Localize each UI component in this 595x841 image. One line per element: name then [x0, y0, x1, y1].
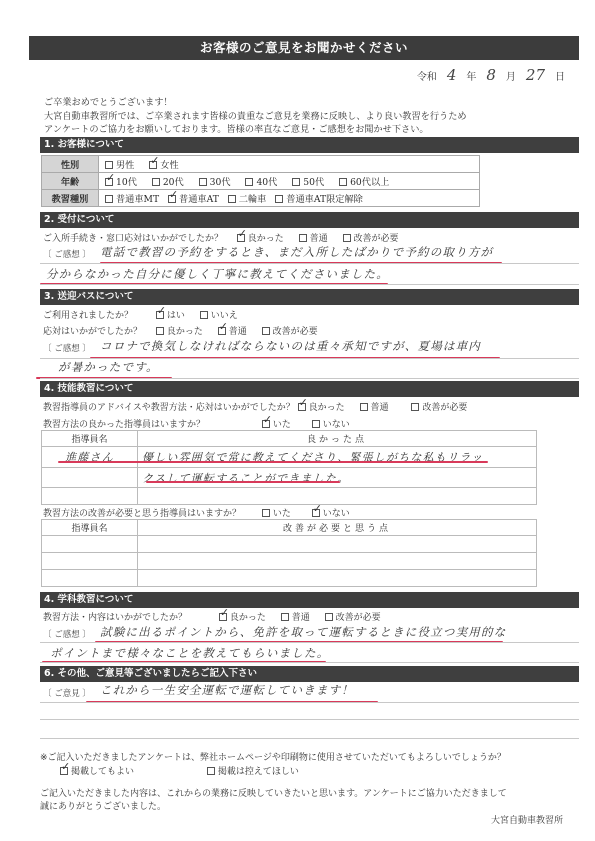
- checkbox-male[interactable]: 男性: [105, 157, 134, 171]
- good-point-cell[interactable]: 優しい雰囲気で常に教えてくださり、緊張しがちな私もリラッ: [138, 447, 537, 468]
- instructor-name-cell[interactable]: [42, 553, 138, 570]
- table-row-gender: 性別 男性 女性: [42, 156, 480, 173]
- line-divider: [40, 662, 579, 663]
- checkbox-icon[interactable]: [343, 234, 351, 242]
- column-header: 指導員名: [42, 431, 138, 447]
- date-day[interactable]: 27: [526, 66, 545, 84]
- checkbox-10s[interactable]: 10代: [105, 174, 137, 188]
- good-point-cell[interactable]: [138, 488, 537, 505]
- checkbox-normal[interactable]: 普通: [281, 610, 310, 623]
- table-row: [42, 553, 537, 570]
- bus-service-question-row: 応対はいかがでしたか？ 良かった 普通 改善が必要: [43, 324, 330, 337]
- good-instructor-table: 指導員名 良かった点 進藤さん 優しい雰囲気で常に教えてくださり、緊張しがちな私…: [41, 430, 537, 505]
- comment-label: 〔 ご意見 〕: [43, 687, 91, 699]
- table-header-row: 指導員名 改善が必要と思う点: [42, 520, 537, 536]
- checkbox-icon[interactable]: [207, 767, 215, 775]
- row-label: 性別: [42, 156, 99, 173]
- checkbox-50s[interactable]: 50代: [292, 174, 324, 188]
- checkbox-needs-improvement[interactable]: 改善が必要: [343, 231, 399, 244]
- checkbox-icon[interactable]: [262, 327, 270, 335]
- highlight-underline: [146, 481, 340, 483]
- line-divider: [40, 702, 579, 703]
- checkbox-at[interactable]: 普通車AT: [168, 191, 219, 205]
- row-label: 年齢: [42, 173, 99, 190]
- section-header-classroom-lessons: 4. 学科教習について: [40, 592, 579, 608]
- date-month-unit: 月: [506, 68, 516, 83]
- form-title: お客様のご意見をお聞かせください: [29, 36, 579, 60]
- comment-label: 〔 ご感想 〕: [43, 248, 91, 260]
- highlight-underline: [58, 461, 488, 463]
- line-divider: [40, 284, 579, 285]
- comment-label: 〔 ご感想 〕: [43, 628, 91, 640]
- checkbox-30s[interactable]: 30代: [199, 174, 231, 188]
- checkbox-icon[interactable]: [199, 178, 207, 186]
- handwritten-comment[interactable]: コロナで換気しなければならないのは重々承知ですが、夏場は車内: [100, 338, 481, 354]
- question-text: 教習方法の良かった指導員はいますか？: [43, 417, 259, 430]
- table-row: 進藤さん 優しい雰囲気で常に教えてくださり、緊張しがちな私もリラッ: [42, 447, 537, 468]
- line-divider: [40, 378, 579, 379]
- table-row: [42, 536, 537, 553]
- checkbox-checked-icon[interactable]: [298, 403, 306, 411]
- checkbox-checked-icon[interactable]: [149, 161, 157, 169]
- reception-question-row: ご入所手続き・窓口応対はいかがでしたか？ 良かった 普通 改善が必要: [43, 231, 411, 244]
- column-header: 指導員名: [42, 520, 138, 536]
- question-text: 教習方法の改善が必要と思う指導員はいますか？: [43, 506, 259, 519]
- date-month[interactable]: 8: [486, 66, 496, 84]
- checkbox-good[interactable]: 良かった: [219, 610, 266, 623]
- line-divider: [40, 642, 579, 643]
- checkbox-icon[interactable]: [228, 195, 236, 203]
- table-row: [42, 570, 537, 587]
- customer-info-table: 性別 男性 女性 年齢 10代 20代 30代 40代 50代 60代以上 教習…: [41, 155, 480, 207]
- comment-label: 〔 ご感想 〕: [43, 342, 91, 354]
- checkbox-icon[interactable]: [245, 178, 253, 186]
- instructor-name-cell[interactable]: [42, 570, 138, 587]
- checkbox-icon[interactable]: [275, 195, 283, 203]
- instructor-name-cell[interactable]: 進藤さん: [42, 447, 138, 468]
- checkbox-checked-icon[interactable]: [218, 327, 226, 335]
- question-text: 教習方法・内容はいかがでしたか？: [43, 610, 216, 623]
- date-year-unit: 年: [466, 68, 476, 83]
- checkbox-yes[interactable]: いた: [262, 417, 291, 430]
- checkbox-checked-icon[interactable]: [262, 420, 270, 428]
- checkbox-good[interactable]: 良かった: [298, 400, 345, 413]
- checkbox-needs-improvement[interactable]: 改善が必要: [325, 610, 381, 623]
- checkbox-icon[interactable]: [411, 403, 419, 411]
- instructor-name-cell[interactable]: [42, 536, 138, 553]
- checkbox-no[interactable]: いない: [312, 506, 350, 519]
- line-divider: [40, 738, 579, 739]
- checkbox-icon[interactable]: [152, 178, 160, 186]
- instructor-name-cell[interactable]: [42, 488, 138, 505]
- good-instructor-question-row: 教習方法の良かった指導員はいますか？ いた いない: [43, 417, 362, 430]
- improvement-point-cell[interactable]: [138, 570, 537, 587]
- checkbox-good[interactable]: 良かった: [156, 324, 203, 337]
- checkbox-icon[interactable]: [292, 178, 300, 186]
- consent-options: 掲載してもよい 掲載は控えてほしい: [60, 766, 311, 779]
- thanks-text: ご記入いただきました内容は、これからの業務に反映していきたいと思います。アンケー…: [40, 788, 507, 814]
- checkbox-no[interactable]: いない: [312, 417, 350, 430]
- checkbox-publish-decline[interactable]: 掲載は控えてほしい: [207, 766, 299, 779]
- question-text: 応対はいかがでしたか？: [43, 324, 153, 337]
- checkbox-checked-icon[interactable]: [156, 311, 164, 319]
- checkbox-20s[interactable]: 20代: [152, 174, 184, 188]
- date-year[interactable]: 4: [447, 66, 457, 84]
- section-header-other: 6. その他、ご意見等ございましたらご記入下さい: [40, 666, 579, 682]
- improve-instructor-question-row: 教習方法の改善が必要と思う指導員はいますか？ いた いない: [43, 506, 362, 519]
- section-header-reception: 2. 受付について: [40, 212, 579, 228]
- classroom-question-row: 教習方法・内容はいかがでしたか？ 良かった 普通 改善が必要: [43, 610, 393, 623]
- checkbox-icon[interactable]: [312, 420, 320, 428]
- checkbox-icon[interactable]: [156, 327, 164, 335]
- column-header: 良かった点: [138, 431, 537, 447]
- checkbox-needs-improvement[interactable]: 改善が必要: [411, 400, 467, 413]
- thanks-line: 誠にありがとうございました。: [40, 801, 507, 814]
- checkbox-checked-icon[interactable]: [237, 234, 245, 242]
- section-header-driving-lessons: 4. 技能教習について: [40, 381, 579, 397]
- checkbox-icon[interactable]: [200, 311, 208, 319]
- checkbox-motorcycle[interactable]: 二輪車: [228, 191, 267, 205]
- table-row-course: 教習種別 普通車MT 普通車AT 二輪車 普通車AT限定解除: [42, 190, 480, 207]
- checkbox-checked-icon[interactable]: [105, 178, 113, 186]
- improvement-point-cell[interactable]: [138, 536, 537, 553]
- row-label: 教習種別: [42, 190, 99, 207]
- checkbox-normal[interactable]: 普通: [299, 231, 328, 244]
- handwritten-comment[interactable]: が暑かったです。: [58, 359, 159, 375]
- checkbox-icon[interactable]: [299, 234, 307, 242]
- date-field: 令和 4 年 8 月 27 日: [417, 66, 565, 84]
- handwritten-comment[interactable]: ポイントまで様々なことを教えてもらいました。: [50, 645, 329, 661]
- section-header-shuttle-bus: 3. 送迎バスについて: [40, 289, 579, 305]
- checkbox-60s-plus[interactable]: 60代以上: [339, 174, 389, 188]
- checkbox-icon[interactable]: [325, 613, 333, 621]
- handwritten-comment[interactable]: 電話で教習の予約をするとき、まだ入所したばかりで予約の取り方が: [100, 244, 493, 260]
- question-text: 教習指導員のアドバイスや教習方法・応対はいかがでしたか？: [43, 403, 295, 413]
- checkbox-yes[interactable]: いた: [262, 506, 291, 519]
- date-era: 令和: [417, 68, 437, 83]
- instructor-name-cell[interactable]: [42, 468, 138, 488]
- table-row: クスして運転することができました。: [42, 468, 537, 488]
- line-divider: [40, 719, 579, 720]
- checkbox-female[interactable]: 女性: [149, 157, 178, 171]
- checkbox-checked-icon[interactable]: [312, 509, 320, 517]
- checkbox-40s[interactable]: 40代: [245, 174, 277, 188]
- checkbox-icon[interactable]: [105, 195, 113, 203]
- checkbox-icon[interactable]: [281, 613, 289, 621]
- school-signature: 大宮自動車教習所: [491, 815, 563, 828]
- section-header-customer: 1. お客様について: [40, 137, 579, 153]
- improve-instructor-table: 指導員名 改善が必要と思う点: [41, 519, 537, 587]
- checkbox-good[interactable]: 良かった: [237, 231, 284, 244]
- line-divider: [40, 263, 579, 264]
- checkbox-mt[interactable]: 普通車MT: [105, 191, 159, 205]
- checkbox-normal[interactable]: 普通: [360, 400, 389, 413]
- table-row: [42, 488, 537, 505]
- handwritten-comment[interactable]: 分からなかった自分に優しく丁寧に教えてくださいました。: [46, 266, 389, 282]
- date-day-unit: 日: [555, 68, 565, 83]
- consent-question: ※ご記入いただきましたアンケートは、弊社ホームページや印刷物に使用させていただい…: [40, 752, 506, 765]
- instructor-advice-question-row: 教習指導員のアドバイスや教習方法・応対はいかがでしたか？ 良かった 普通 改善が…: [43, 400, 479, 413]
- checkbox-needs-improvement[interactable]: 改善が必要: [262, 324, 318, 337]
- table-row-age: 年齢 10代 20代 30代 40代 50代 60代以上: [42, 173, 480, 190]
- checkbox-at-limit-release[interactable]: 普通車AT限定解除: [275, 191, 363, 205]
- checkbox-publish-ok[interactable]: 掲載してもよい: [60, 766, 134, 779]
- checkbox-icon[interactable]: [339, 178, 347, 186]
- checkbox-icon[interactable]: [360, 403, 368, 411]
- question-text: ご利用されましたか？: [43, 308, 153, 321]
- handwritten-comment[interactable]: これから一生安全運転で運転していきます！: [100, 682, 354, 698]
- intro-line: アンケートのご協力をお願いしております。皆様の率直なご意見・ご感想をお聞かせ下さ…: [44, 123, 564, 137]
- checkbox-checked-icon[interactable]: [168, 195, 176, 203]
- intro-text: ご卒業おめでとうございます！ 大宮自動車教習所では、ご卒業されます皆様の貴重なご…: [44, 96, 564, 137]
- intro-line: 大宮自動車教習所では、ご卒業されます皆様の貴重なご意見を業務に反映し、より良い教…: [44, 110, 564, 124]
- checkbox-checked-icon[interactable]: [60, 767, 68, 775]
- checkbox-icon[interactable]: [262, 509, 270, 517]
- thanks-line: ご記入いただきました内容は、これからの業務に反映していきたいと思います。アンケー…: [40, 788, 507, 801]
- checkbox-normal[interactable]: 普通: [218, 324, 247, 337]
- checkbox-yes[interactable]: はい: [156, 308, 185, 321]
- question-text: ご入所手続き・窓口応対はいかがでしたか？: [43, 234, 223, 244]
- checkbox-checked-icon[interactable]: [219, 613, 227, 621]
- table-header-row: 指導員名 良かった点: [42, 431, 537, 447]
- checkbox-icon[interactable]: [105, 161, 113, 169]
- improvement-point-cell[interactable]: [138, 553, 537, 570]
- intro-line: ご卒業おめでとうございます！: [44, 96, 564, 110]
- column-header: 改善が必要と思う点: [138, 520, 537, 536]
- handwritten-comment[interactable]: 試験に出るポイントから、免許を取って運転するときに役立つ実用的な: [100, 624, 506, 640]
- good-point-cell[interactable]: クスして運転することができました。: [138, 468, 537, 488]
